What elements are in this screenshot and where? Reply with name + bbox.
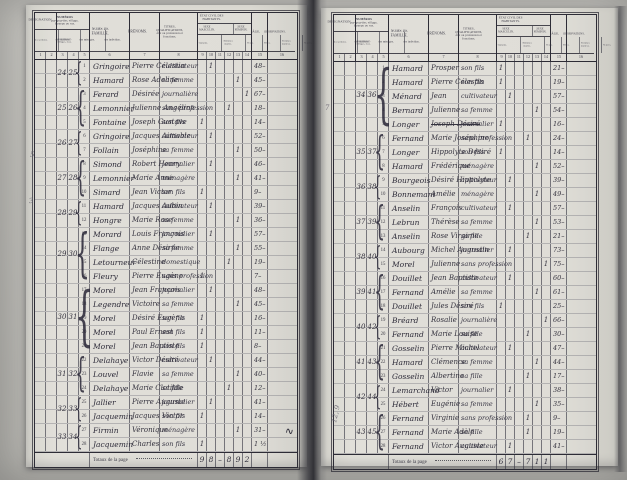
cell-section	[334, 426, 345, 439]
cell-nom-famille: Fernand	[389, 328, 429, 341]
cell-etat-civil-5	[243, 424, 252, 437]
cell-observations	[268, 186, 295, 199]
cell-age: 45–	[252, 298, 268, 311]
cell-etat-civil-5	[542, 286, 551, 299]
cell-etat-civil-5	[542, 90, 551, 103]
header-group-etat-civil: ÉTAT CIVIL DES HABITANTS. SEXE MASCULIN.…	[497, 15, 551, 61]
cell-etat-civil-3	[524, 440, 533, 453]
cell-profession: ménagère	[160, 172, 198, 185]
cell-etat-civil-5	[542, 384, 551, 397]
cell-maison-no: 25	[57, 88, 68, 101]
cell-prenom: Virginie	[429, 412, 459, 425]
cell-etat-civil-1	[207, 214, 216, 227]
cell-etat-civil-5: 1	[542, 314, 551, 327]
census-row: 373911{AnselinFrançoiscultivateur157–	[334, 202, 596, 216]
cell-hameau	[46, 102, 57, 115]
cell-hameau	[46, 298, 57, 311]
cell-hameau	[345, 90, 356, 103]
census-row: 293013{MorardLouis Françoisjournalier157…	[35, 228, 297, 242]
cell-section	[35, 270, 46, 283]
cell-etat-civil-0	[198, 74, 207, 87]
cell-etat-civil-1: 1	[506, 342, 515, 355]
cell-etat-civil-5	[243, 256, 252, 269]
total-hommes-maries: 7	[506, 455, 515, 469]
col-number: 14	[542, 54, 550, 61]
cell-etat-civil-3	[225, 424, 234, 437]
cell-observations	[268, 74, 295, 87]
cell-individu-no: 11{	[79, 200, 90, 213]
cell-etat-civil-2	[515, 188, 524, 201]
cell-prenom: Victor	[429, 384, 459, 397]
cell-etat-civil-2	[515, 146, 524, 159]
cell-etat-civil-0	[497, 314, 506, 327]
cell-hameau	[345, 132, 356, 145]
cell-etat-civil-3	[524, 286, 533, 299]
census-row: 282911{HamardJacques Aubincultivateur139…	[35, 200, 297, 214]
cell-etat-civil-4: 1	[234, 214, 243, 227]
cell-nom-famille: Jacquemin	[90, 438, 130, 451]
cell-etat-civil-4	[234, 382, 243, 395]
cell-etat-civil-2	[216, 368, 225, 381]
cell-etat-civil-1	[506, 62, 515, 75]
cell-prenom: Rose Adeline	[130, 74, 160, 87]
totals-obs-blank	[268, 453, 295, 467]
cell-hameau	[345, 174, 356, 187]
cell-etat-civil-2	[216, 158, 225, 171]
cell-maison-no: 29	[57, 228, 68, 241]
cell-etat-civil-4	[533, 342, 542, 355]
cell-etat-civil-1	[207, 410, 216, 423]
etat-civil-label: ÉTAT CIVIL DES HABITANTS.	[198, 13, 251, 24]
cell-observations	[268, 88, 295, 101]
cell-hameau	[345, 258, 356, 271]
cell-etat-civil-1	[506, 258, 515, 271]
cell-hameau	[46, 438, 57, 451]
cell-etat-civil-3	[225, 298, 234, 311]
cell-etat-civil-2	[515, 216, 524, 229]
cell-hameau	[345, 286, 356, 299]
cell-age: 55–	[252, 242, 268, 255]
cell-age: 66–	[551, 314, 567, 327]
cell-profession: sa femme	[459, 398, 497, 411]
cell-nom-famille: Morel	[389, 258, 429, 271]
cell-section	[334, 76, 345, 89]
cell-etat-civil-4	[533, 132, 542, 145]
total-veufs: –	[515, 455, 524, 469]
col-number: 11	[515, 54, 524, 61]
cell-etat-civil-2	[216, 186, 225, 199]
cell-etat-civil-2	[515, 230, 524, 243]
cell-observations	[567, 412, 594, 425]
cell-nom-famille: Morel	[90, 340, 130, 353]
cell-section	[35, 88, 46, 101]
cell-maison-no: 40	[356, 314, 367, 327]
census-row: 313222{DelahayeVictor Désirécultivateur1…	[35, 354, 297, 368]
header-observations: OBSERVATIONS. 16	[567, 15, 594, 61]
cell-etat-civil-5	[243, 172, 252, 185]
cell-section	[35, 158, 46, 171]
cell-section	[334, 272, 345, 285]
cell-observations	[268, 368, 295, 381]
cell-observations	[268, 130, 295, 143]
cell-individu-no: 6{	[79, 130, 90, 143]
cell-prenom: Charles	[130, 438, 160, 451]
cell-prenom: Pierre Auguste	[130, 396, 160, 409]
cell-observations	[268, 312, 295, 325]
census-row: 303117{MorelJean Françoisjournalier148–	[35, 284, 297, 298]
cell-prenom: Désiré Eugène	[130, 312, 160, 325]
col-number: 9	[497, 54, 506, 61]
cell-profession: son fils	[459, 146, 497, 159]
cell-profession: cultivateur	[459, 90, 497, 103]
total-femmes-mariees: 1	[533, 455, 542, 469]
cell-profession: sa femme	[160, 214, 198, 227]
cell-age: 57–	[551, 202, 567, 215]
cell-prenom: Amélie	[429, 188, 459, 201]
cell-etat-civil-5	[542, 188, 551, 201]
cell-hameau	[46, 242, 57, 255]
cell-individu-no: 27{	[79, 424, 90, 437]
cell-observations	[567, 370, 594, 383]
cell-etat-civil-4	[533, 230, 542, 243]
cell-etat-civil-3: 1	[524, 370, 533, 383]
cell-observations	[268, 102, 295, 115]
cell-etat-civil-1: 1	[506, 440, 515, 453]
cell-age: 14–	[551, 146, 567, 159]
cell-section	[334, 230, 345, 243]
cell-nom-famille: Simard	[90, 186, 130, 199]
cell-etat-civil-4	[234, 396, 243, 409]
maison-number: 27	[57, 158, 67, 197]
cell-section	[334, 440, 345, 453]
cell-etat-civil-1	[506, 398, 515, 411]
col-number: 16	[567, 54, 594, 61]
cell-etat-civil-1	[506, 132, 515, 145]
col-number: 15	[551, 54, 566, 61]
cell-section	[334, 62, 345, 75]
cell-prenom: Julienne Angéline	[130, 102, 160, 115]
cell-etat-civil-5	[542, 412, 551, 425]
cell-etat-civil-1	[506, 216, 515, 229]
cell-etat-civil-2	[216, 326, 225, 339]
cell-observations	[567, 118, 594, 131]
cell-age: 9–	[252, 186, 268, 199]
cell-nom-famille: Louvel	[90, 368, 130, 381]
cell-maison-no: 39	[356, 272, 367, 285]
cell-etat-civil-3	[524, 272, 533, 285]
cell-etat-civil-1	[207, 326, 216, 339]
cell-nom-famille: Morel	[90, 312, 130, 325]
cell-age: 45–	[252, 74, 268, 87]
cell-profession: sa femme	[160, 368, 198, 381]
cell-observations	[567, 342, 594, 355]
cell-etat-civil-3: 1	[524, 412, 533, 425]
cell-etat-civil-2	[515, 90, 524, 103]
cell-etat-civil-1: 1	[207, 228, 216, 241]
cell-etat-civil-5	[243, 438, 252, 451]
cell-profession: sa femme	[459, 216, 497, 229]
cell-profession: son fils	[459, 76, 497, 89]
cell-prenom: Jacques Aimable	[130, 130, 160, 143]
margin-note: 3	[28, 197, 34, 206]
cell-hameau	[46, 88, 57, 101]
cell-profession: sans profession	[459, 412, 497, 425]
cell-etat-civil-5	[542, 216, 551, 229]
household-brace: {	[75, 284, 94, 349]
cell-prenom: Amélie	[429, 286, 459, 299]
census-row: 35376{FernandMarie Joséphinesans profess…	[334, 132, 596, 146]
cell-profession: cultivateur	[459, 342, 497, 355]
cell-section	[35, 116, 46, 129]
cell-age: 19–	[551, 76, 567, 89]
household-brace: {	[75, 396, 82, 422]
cell-etat-civil-2	[216, 410, 225, 423]
cell-maison-no: 28	[57, 200, 68, 213]
cell-maison-no: 36	[356, 174, 367, 187]
cell-prenom: Jean Baptiste	[429, 272, 459, 285]
cell-etat-civil-2	[515, 258, 524, 271]
cell-hameau	[46, 172, 57, 185]
cell-section	[334, 342, 345, 355]
cell-etat-civil-5	[243, 116, 252, 129]
cell-etat-civil-3	[225, 60, 234, 73]
cell-section	[35, 242, 46, 255]
cell-etat-civil-3	[225, 88, 234, 101]
cell-etat-civil-4: 1	[234, 242, 243, 255]
cell-etat-civil-5	[542, 146, 551, 159]
col-number: 2	[46, 52, 56, 59]
household-brace: {	[75, 424, 82, 450]
totals-spacer	[35, 453, 90, 467]
cell-etat-civil-5	[542, 426, 551, 439]
cell-nom-famille: Delahaye	[90, 382, 130, 395]
maison-number: 25	[57, 88, 67, 127]
cell-profession: cultivateur	[459, 202, 497, 215]
cell-prenom: Véronique	[130, 424, 160, 437]
cell-hameau	[46, 326, 57, 339]
cell-section	[35, 200, 46, 213]
cell-section	[334, 370, 345, 383]
cell-profession: sa fille	[459, 328, 497, 341]
cell-observations	[268, 382, 295, 395]
cell-profession: sa fille	[459, 426, 497, 439]
cell-observations	[268, 214, 295, 227]
cell-prenom: Pierre Michel	[429, 342, 459, 355]
census-page-left: DÉSIGNATION des sections. des hameaux, v…	[26, 5, 307, 467]
cell-etat-civil-5	[542, 398, 551, 411]
cell-hameau	[345, 426, 356, 439]
cell-prenom: Albertine	[429, 370, 459, 383]
cell-nom-famille: Douillet	[389, 272, 429, 285]
cell-prenom: Robert Henry	[130, 158, 160, 171]
census-row: 404219{BréardRosaliejournalière166–	[334, 314, 596, 328]
cell-prenom: Marie Anne	[130, 172, 160, 185]
cell-etat-civil-1: 1	[506, 174, 515, 187]
census-table-right: DÉSIGNATION des sections. des hameaux, v…	[333, 14, 597, 470]
cell-etat-civil-5	[243, 340, 252, 353]
household-brace: {	[75, 130, 82, 156]
cell-nom-famille: Hamard	[389, 62, 429, 75]
cell-age: 39–	[551, 174, 567, 187]
cell-prenom: Marie Rose	[130, 214, 160, 227]
cell-maison-no: 27	[57, 158, 68, 171]
cell-etat-civil-4	[533, 426, 542, 439]
cell-profession: cultivateur	[160, 60, 198, 73]
cell-individu-no: 8{	[79, 158, 90, 171]
maison-number: 39	[356, 272, 366, 311]
cell-etat-civil-2	[515, 328, 524, 341]
cell-etat-civil-4	[533, 244, 542, 257]
household-brace: {	[374, 62, 393, 127]
cell-nom-famille: Lemonnier	[90, 102, 130, 115]
maison-number: 30	[57, 284, 67, 349]
cell-profession: son fils	[160, 326, 198, 339]
cell-section	[334, 356, 345, 369]
cell-profession: son fils	[160, 340, 198, 353]
cell-individu-no: 22{	[79, 354, 90, 367]
cell-individu-no: 26{	[378, 412, 389, 425]
cell-age: 41–	[551, 440, 567, 453]
cell-age: 41–	[252, 172, 268, 185]
cell-etat-civil-4	[533, 328, 542, 341]
col-number: 12	[225, 52, 234, 59]
cell-age: 17–	[551, 370, 567, 383]
cell-observations	[567, 132, 594, 145]
household-brace: {	[374, 174, 381, 200]
cell-etat-civil-1	[506, 118, 515, 131]
cell-observations	[268, 172, 295, 185]
cell-etat-civil-5	[243, 74, 252, 87]
cell-individu-no: 25{	[79, 396, 90, 409]
cell-prenom: Pierre Célestin	[429, 76, 459, 89]
cell-observations	[567, 258, 594, 271]
total-veuves: 1	[542, 455, 551, 469]
cell-age: 7–	[252, 270, 268, 283]
maison-number: 26	[57, 130, 67, 156]
cell-age: 35–	[551, 398, 567, 411]
maison-number: 32	[57, 396, 67, 422]
cell-etat-civil-0	[497, 440, 506, 453]
maison-number: 42	[356, 384, 366, 410]
cell-etat-civil-5	[542, 370, 551, 383]
cell-prenom: Frédérique	[429, 160, 459, 173]
col-veuves-label: Veuves.	[602, 37, 622, 53]
census-row: 34361{HamardProsperson fils121–	[334, 62, 596, 76]
cell-etat-civil-4	[533, 300, 542, 313]
cell-hameau	[345, 412, 356, 425]
cell-etat-civil-1	[207, 270, 216, 283]
cell-etat-civil-4: 1	[533, 216, 542, 229]
cell-hameau	[46, 284, 57, 297]
sexe-masculin-label: SEXE MASCULIN.	[198, 24, 234, 34]
cell-etat-civil-0	[497, 216, 506, 229]
cell-etat-civil-1	[207, 382, 216, 395]
header-noms: NOMS DE FAMILLE. 6	[389, 15, 429, 61]
cell-etat-civil-4	[533, 146, 542, 159]
cell-hameau	[345, 398, 356, 411]
cell-etat-civil-5	[243, 228, 252, 241]
cell-etat-civil-2	[515, 76, 524, 89]
cell-hameau	[46, 382, 57, 395]
cell-etat-civil-2	[216, 102, 225, 115]
household-brace: {	[374, 384, 381, 410]
cell-section	[334, 174, 345, 187]
cell-etat-civil-4	[533, 90, 542, 103]
cell-age: 14–	[252, 410, 268, 423]
cell-etat-civil-5	[243, 270, 252, 283]
cell-section	[35, 438, 46, 451]
cell-age: 8–	[252, 340, 268, 353]
cell-maison-no: 38	[356, 244, 367, 257]
col-hommes-maries-label: Hommes mariés.	[222, 35, 246, 51]
col-number: 1	[334, 54, 345, 61]
census-row: 27288{SimondRobert Henryjournalier146–	[35, 158, 297, 172]
cell-etat-civil-4	[234, 270, 243, 283]
cell-etat-civil-0	[198, 256, 207, 269]
cell-hameau	[345, 104, 356, 117]
cell-etat-civil-1	[207, 102, 216, 115]
cell-etat-civil-1	[506, 356, 515, 369]
cell-etat-civil-4	[234, 200, 243, 213]
cell-etat-civil-5	[243, 354, 252, 367]
cell-profession: journalière	[160, 88, 198, 101]
cell-nom-famille: Letourneur	[90, 256, 130, 269]
cell-etat-civil-4	[533, 370, 542, 383]
cell-prenom: Joseph Désiré	[429, 118, 459, 131]
cell-etat-civil-2	[216, 60, 225, 73]
totals-label: Totaux de la page	[389, 455, 497, 469]
cell-etat-civil-0	[198, 88, 207, 101]
cell-etat-civil-0	[497, 398, 506, 411]
totals-label: Totaux de la page	[90, 453, 198, 467]
census-row: 323325{JallierPierre Augustejournalier14…	[35, 396, 297, 410]
census-row: 434526{FernandVirginiesans profession19–	[334, 412, 596, 426]
cell-etat-civil-5	[243, 200, 252, 213]
table-body: 34361{HamardProsperson fils121–2HamardPi…	[334, 62, 596, 454]
cell-prenom: Prosper	[429, 62, 459, 75]
cell-etat-civil-4: 1	[533, 160, 542, 173]
cell-etat-civil-3	[524, 188, 533, 201]
cell-etat-civil-0: 1	[497, 62, 506, 75]
cell-age: 12–	[252, 382, 268, 395]
cell-etat-civil-5: 1	[542, 258, 551, 271]
cell-etat-civil-4	[533, 258, 542, 271]
cell-observations	[268, 256, 295, 269]
cell-section	[35, 130, 46, 143]
cell-individu-no: 1{	[378, 62, 389, 75]
cell-etat-civil-3	[524, 216, 533, 229]
cell-etat-civil-2	[216, 256, 225, 269]
cell-etat-civil-1: 1	[506, 202, 515, 215]
cell-nom-famille: Hamard	[389, 160, 429, 173]
cell-maison-no: 26	[57, 130, 68, 143]
cell-etat-civil-4: 1	[234, 424, 243, 437]
col-number: 9	[198, 52, 207, 59]
cell-etat-civil-5	[243, 60, 252, 73]
cell-etat-civil-0: 1	[198, 326, 207, 339]
cell-observations	[268, 116, 295, 129]
cell-etat-civil-5	[243, 102, 252, 115]
cell-etat-civil-3	[524, 384, 533, 397]
cell-etat-civil-2	[216, 74, 225, 87]
cell-etat-civil-4	[533, 76, 542, 89]
cell-etat-civil-4: 1	[234, 144, 243, 157]
cell-hameau	[345, 356, 356, 369]
cell-etat-civil-1	[506, 286, 515, 299]
census-page-right: DÉSIGNATION des sections. des hameaux, v…	[321, 8, 618, 466]
cell-hameau	[46, 354, 57, 367]
cell-observations	[268, 340, 295, 353]
